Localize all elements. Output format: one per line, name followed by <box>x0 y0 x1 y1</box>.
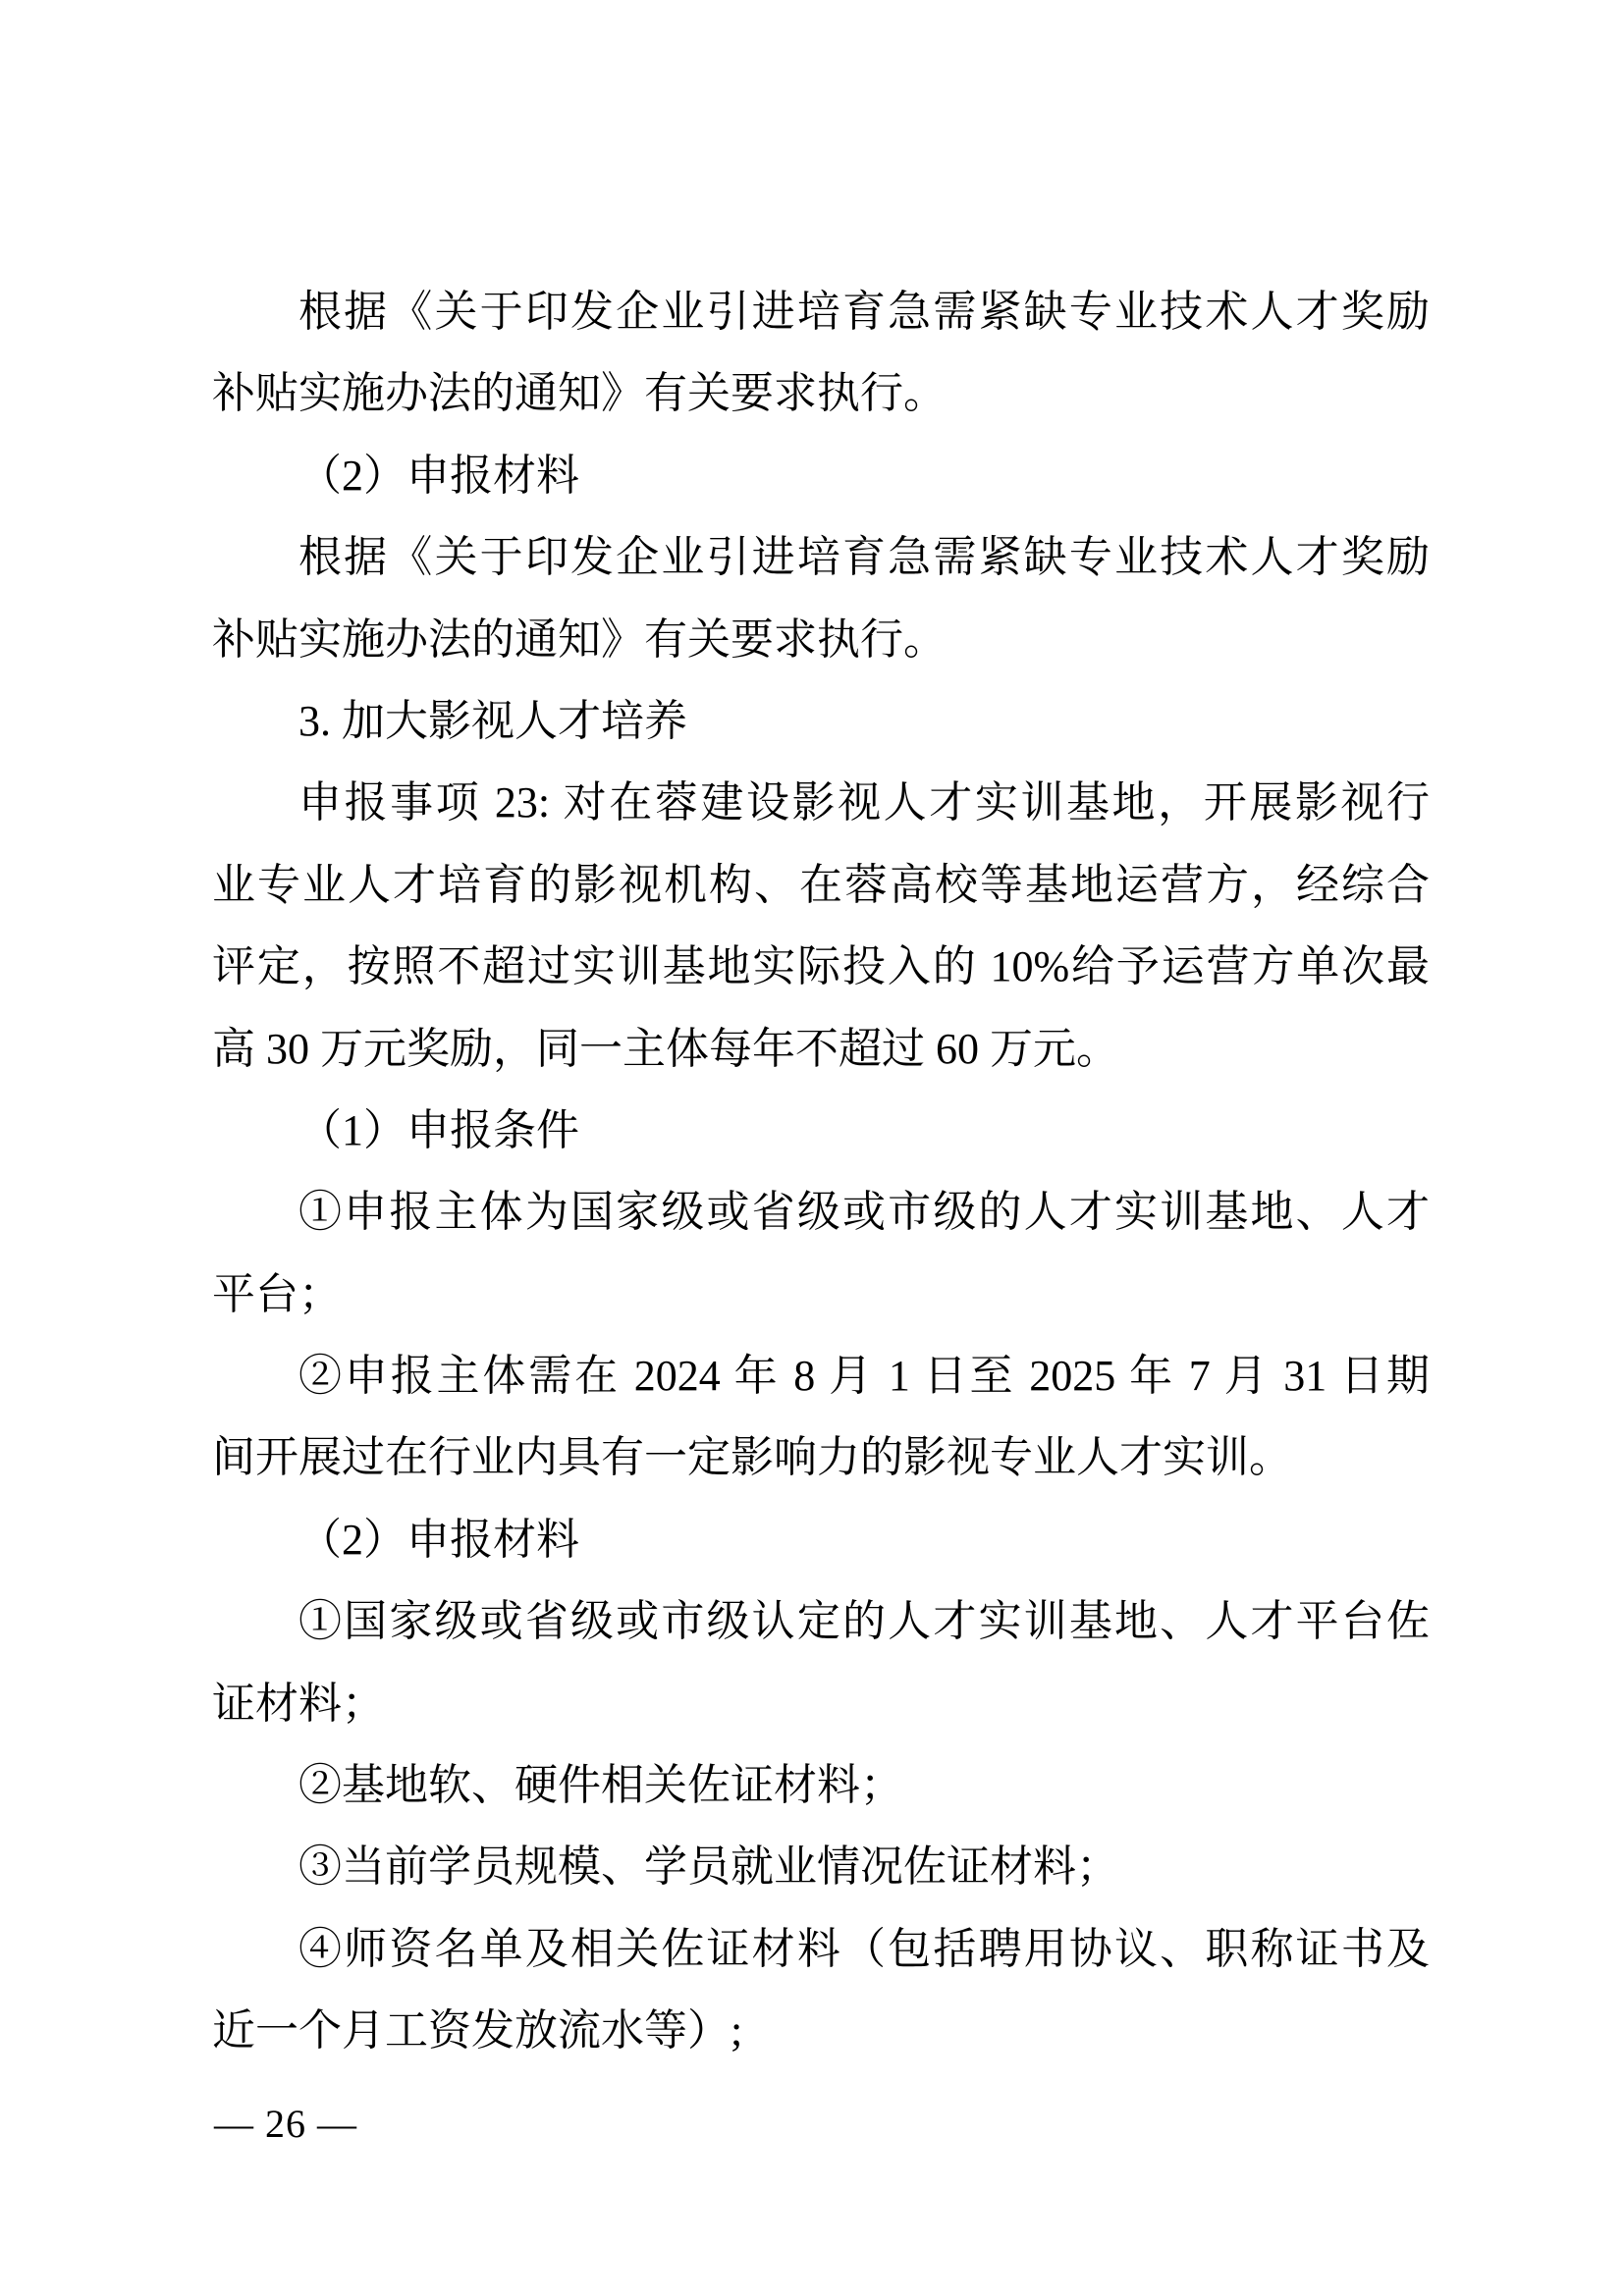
text-line: 补贴实施办法的通知》有关要求执行。 <box>212 352 1430 434</box>
text-line: 近一个月工资发放流水等）; <box>212 1990 1430 2071</box>
text-line: （1）申报条件 <box>212 1090 1430 1171</box>
text-line: ③当前学员规模、学员就业情况佐证材料； <box>212 1826 1430 1907</box>
text-line: 间开展过在行业内具有一定影响力的影视专业人才实训。 <box>212 1416 1430 1498</box>
text-line: ②申报主体需在 2024 年 8 月 1 日至 2025 年 7 月 31 日期 <box>212 1335 1430 1416</box>
text-line: 证材料； <box>212 1663 1430 1744</box>
text-line: 补贴实施办法的通知》有关要求执行。 <box>212 599 1430 680</box>
text-line: ①国家级或省级或市级认定的人才实训基地、人才平台佐 <box>212 1580 1430 1662</box>
text-line: 高 30 万元奖励，同一主体每年不超过 60 万元。 <box>212 1008 1430 1090</box>
document-body: 根据《关于印发企业引进培育急需紧缺专业技术人才奖励补贴实施办法的通知》有关要求执… <box>212 271 1430 2072</box>
text-line: 业专业人才培育的影视机构、在蓉高校等基地运营方，经综合 <box>212 844 1430 926</box>
page-number: — 26 — <box>214 2101 357 2148</box>
text-line: 根据《关于印发企业引进培育急需紧缺专业技术人才奖励 <box>212 516 1430 598</box>
text-line: （2）申报材料 <box>212 1499 1430 1580</box>
document-page: 根据《关于印发企业引进培育急需紧缺专业技术人才奖励补贴实施办法的通知》有关要求执… <box>0 0 1624 2296</box>
text-line: 申报事项 23: 对在蓉建设影视人才实训基地，开展影视行 <box>212 762 1430 843</box>
text-line: （2）申报材料 <box>212 435 1430 516</box>
text-line: ①申报主体为国家级或省级或市级的人才实训基地、人才 <box>212 1171 1430 1253</box>
text-line: 评定，按照不超过实训基地实际投入的 10%给予运营方单次最 <box>212 926 1430 1007</box>
text-line: 根据《关于印发企业引进培育急需紧缺专业技术人才奖励 <box>212 271 1430 352</box>
text-line: ④师资名单及相关佐证材料（包括聘用协议、职称证书及 <box>212 1908 1430 1990</box>
text-line: ②基地软、硬件相关佐证材料； <box>212 1744 1430 1826</box>
text-line: 3. 加大影视人才培养 <box>212 680 1430 762</box>
text-line: 平台； <box>212 1254 1430 1335</box>
